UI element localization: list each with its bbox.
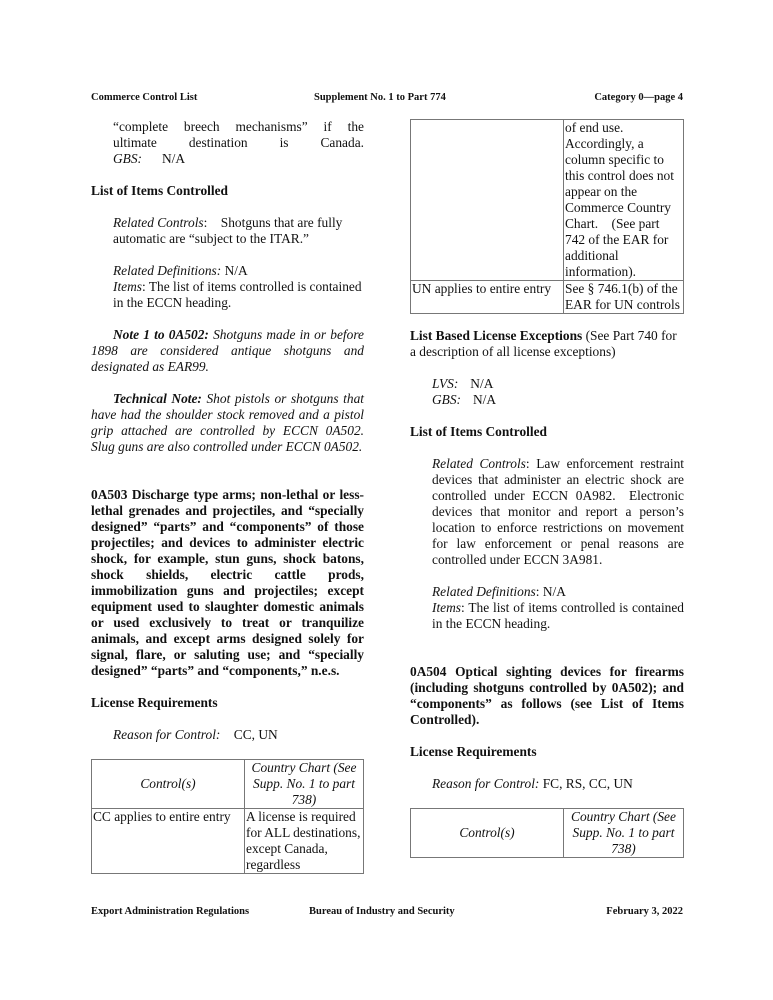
gbs-line: GBS:N/A: [410, 392, 684, 408]
reason-value: CC, UN: [234, 727, 278, 742]
reason-for-control: Reason for Control: CC, UN: [91, 727, 364, 743]
gbs-line: GBS:N/A: [113, 151, 364, 167]
reason-label: Reason for Control:: [113, 727, 220, 742]
license-requirements-heading: License Requirements: [91, 695, 364, 711]
table-cell: UN applies to entire entry: [411, 281, 564, 314]
items-label: Items: [113, 279, 142, 294]
table-cell: [411, 120, 564, 281]
license-exceptions-heading: List Based License Exceptions: [410, 328, 582, 343]
related-controls-label: Related Controls: [113, 215, 204, 230]
items-value: : The list of items controlled is contai…: [113, 279, 362, 310]
table-cell: of end use. Accordingly, a column specif…: [564, 120, 684, 281]
related-definitions-value: : N/A: [536, 584, 566, 599]
license-requirements-heading: License Requirements: [410, 744, 684, 760]
continuation-text: “complete breech mechanisms” if the ulti…: [91, 119, 364, 167]
license-table-continued: of end use. Accordingly, a column specif…: [410, 119, 684, 314]
related-definitions: Related Definitions: N/A: [410, 584, 684, 600]
technical-note-label: Technical Note:: [113, 391, 202, 406]
note-0a502: Note 1 to 0A502: Shotguns made in or bef…: [91, 327, 364, 375]
header-page-number: Category 0—page 4: [594, 92, 683, 103]
license-exceptions: List Based License Exceptions (See Part …: [410, 328, 684, 360]
table-cell: A license is required for ALL destinatio…: [245, 809, 364, 874]
header-supplement: Supplement No. 1 to Part 774: [314, 92, 446, 103]
reason-for-control: Reason for Control: FC, RS, CC, UN: [410, 776, 684, 792]
continuation-line: ultimate destination is Canada.: [113, 135, 364, 151]
table-header-controls: Control(s): [92, 760, 245, 809]
reason-label: Reason for Control:: [432, 776, 539, 791]
related-definitions-label: Related Definitions:: [113, 263, 221, 278]
license-table: Control(s) Country Chart (See Supp. No. …: [91, 759, 364, 874]
related-definitions-value: N/A: [225, 263, 248, 278]
items-text: Items: The list of items controlled is c…: [91, 279, 364, 311]
table-cell: CC applies to entire entry: [92, 809, 245, 874]
related-definitions-label: Related Definitions: [432, 584, 536, 599]
table-row: of end use. Accordingly, a column specif…: [411, 120, 684, 281]
footer-date: February 3, 2022: [606, 906, 683, 917]
table-cell: See § 746.1(b) of the EAR for UN control…: [564, 281, 684, 314]
gbs-value: N/A: [473, 392, 496, 407]
items-heading: List of Items Controlled: [410, 424, 684, 440]
related-controls-text: : Law enforcement restraint devices that…: [432, 456, 684, 567]
continuation-line: “complete breech mechanisms” if the: [113, 119, 364, 135]
items-value: : The list of items controlled is contai…: [432, 600, 684, 631]
table-header-row: Control(s) Country Chart (See Supp. No. …: [411, 809, 684, 858]
header-title: Commerce Control List: [91, 92, 197, 103]
note-label: Note 1 to 0A502:: [113, 327, 209, 342]
eccn-0a503-heading: 0A503 Discharge type arms; non-lethal or…: [91, 487, 364, 679]
table-header-controls: Control(s): [411, 809, 564, 858]
items-heading: List of Items Controlled: [91, 183, 364, 199]
related-definitions: Related Definitions: N/A: [91, 263, 364, 279]
lvs-line: LVS:N/A: [410, 376, 684, 392]
gbs-value: N/A: [162, 151, 185, 166]
table-header-country-chart: Country Chart (See Supp. No. 1 to part 7…: [564, 809, 684, 858]
related-controls: Related Controls: Shotguns that are full…: [91, 215, 364, 247]
left-column: “complete breech mechanisms” if the ulti…: [91, 119, 364, 874]
lvs-label: LVS:: [432, 376, 458, 391]
footer-regulations: Export Administration Regulations: [91, 906, 249, 917]
gbs-label: GBS:: [113, 151, 142, 166]
footer-bureau: Bureau of Industry and Security: [309, 906, 455, 917]
license-table: Control(s) Country Chart (See Supp. No. …: [410, 808, 684, 858]
related-controls-label: Related Controls: [432, 456, 526, 471]
table-header-row: Control(s) Country Chart (See Supp. No. …: [92, 760, 364, 809]
table-row: UN applies to entire entry See § 746.1(b…: [411, 281, 684, 314]
table-header-country-chart: Country Chart (See Supp. No. 1 to part 7…: [245, 760, 364, 809]
lvs-value: N/A: [470, 376, 493, 391]
gbs-label: GBS:: [432, 392, 461, 407]
technical-note: Technical Note: Shot pistols or shotguns…: [91, 391, 364, 455]
eccn-0a504-heading: 0A504 Optical sighting devices for firea…: [410, 664, 684, 728]
items-text: Items: The list of items controlled is c…: [410, 600, 684, 632]
table-row: CC applies to entire entry A license is …: [92, 809, 364, 874]
related-controls: Related Controls: Law enforcement restra…: [410, 456, 684, 568]
items-label: Items: [432, 600, 461, 615]
reason-value: FC, RS, CC, UN: [543, 776, 633, 791]
right-column: of end use. Accordingly, a column specif…: [410, 119, 684, 858]
